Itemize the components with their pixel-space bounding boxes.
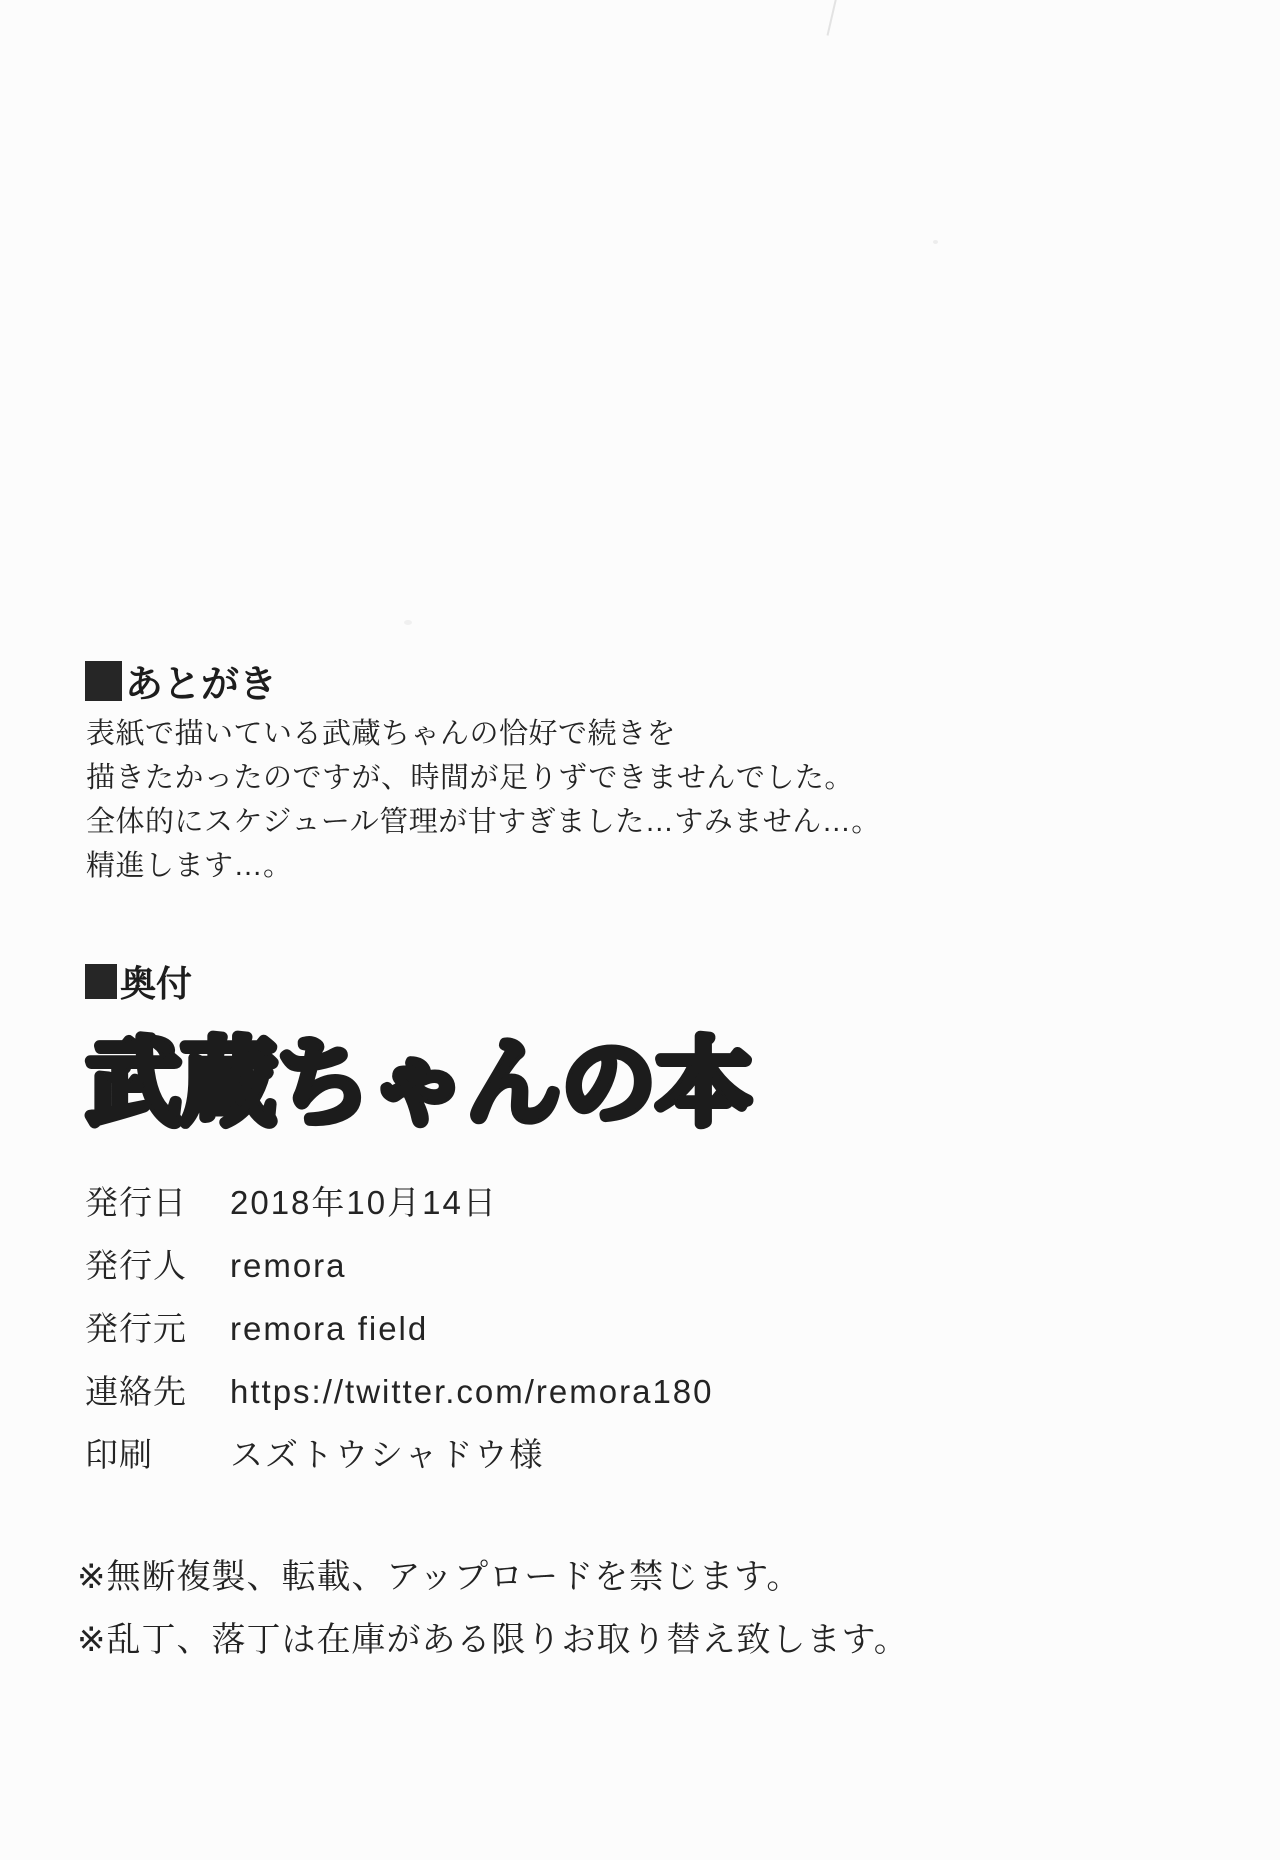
field-label: 発行元: [85, 1309, 230, 1349]
afterword-line: 全体的にスケジュール管理が甘すぎました…すみません…。: [86, 800, 1186, 844]
afterword-heading-label: あとがき: [125, 653, 277, 708]
square-bullet-icon: [85, 964, 117, 999]
field-label: 連絡先: [85, 1372, 230, 1412]
field-label: 印刷: [85, 1435, 230, 1475]
scan-artifact-smudge: [404, 620, 412, 625]
scan-artifact-line: [827, 0, 838, 36]
afterword-section-heading: あとがき: [85, 653, 277, 708]
colophon-row-printer: 印刷 スズトウシャドウ様: [85, 1435, 714, 1475]
field-label: 発行人: [85, 1246, 230, 1286]
colophon-row-circle: 発行元 remora field: [85, 1309, 714, 1349]
afterword-line: 表紙で描いている武蔵ちゃんの恰好で続きを: [86, 712, 1186, 756]
book-title: 武蔵ちゃんの本: [86, 1031, 751, 1137]
colophon-row-contact: 連絡先 https://twitter.com/remora180: [85, 1372, 714, 1412]
field-value: スズトウシャドウ様: [230, 1435, 544, 1475]
field-value: remora: [230, 1246, 347, 1286]
square-bullet-icon: [85, 661, 122, 701]
scanned-doujinshi-colophon-page: あとがき 表紙で描いている武蔵ちゃんの恰好で続きを 描きたかったのですが、時間が…: [0, 0, 1280, 1860]
notice-defective-copy: ※乱丁、落丁は在庫がある限りお取り替え致します。: [77, 1609, 909, 1672]
colophon-section-heading: 奥付: [85, 956, 192, 1007]
legal-notices: ※無断複製、転載、アップロードを禁じます。 ※乱丁、落丁は在庫がある限りお取り替…: [77, 1546, 909, 1672]
field-value: remora field: [230, 1309, 428, 1349]
field-value-contact-url: https://twitter.com/remora180: [230, 1372, 714, 1412]
afterword-line: 描きたかったのですが、時間が足りずできませんでした。: [86, 756, 1186, 800]
colophon-row-publisher-person: 発行人 remora: [85, 1246, 714, 1286]
afterword-line: 精進します…。: [86, 844, 1186, 888]
field-value: 2018年10月14日: [230, 1183, 498, 1223]
colophon-row-publication-date: 発行日 2018年10月14日: [85, 1183, 714, 1223]
colophon-heading-label: 奥付: [120, 956, 192, 1007]
field-label: 発行日: [85, 1183, 230, 1223]
scan-artifact-dot: [933, 240, 938, 244]
colophon-fields: 発行日 2018年10月14日 発行人 remora 発行元 remora fi…: [85, 1183, 714, 1475]
book-title-lockup: 武蔵ちゃんの本: [74, 1012, 834, 1148]
notice-no-reproduction: ※無断複製、転載、アップロードを禁じます。: [77, 1546, 909, 1609]
afterword-paragraph: 表紙で描いている武蔵ちゃんの恰好で続きを 描きたかったのですが、時間が足りずでき…: [86, 712, 1186, 888]
